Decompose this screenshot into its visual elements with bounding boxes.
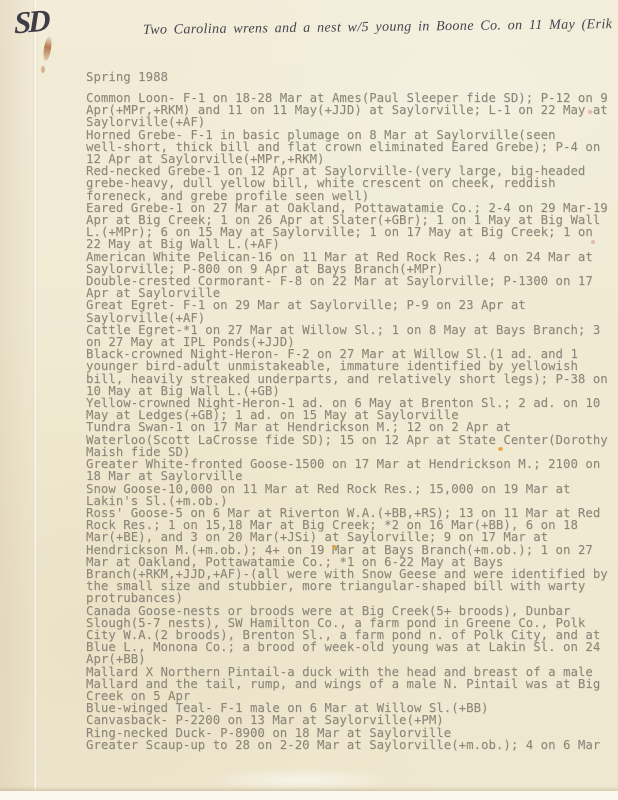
paper-speck <box>591 240 595 244</box>
paper-left-margin-shade <box>0 0 33 800</box>
paper-fold-line <box>33 0 37 800</box>
paper-speck <box>588 110 592 114</box>
ink-stain-dot <box>41 66 45 73</box>
handwritten-initials: SD <box>14 2 48 41</box>
page-bottom-edge <box>0 791 618 800</box>
handwritten-note: Two Carolina wrens and a nest w/5 young … <box>143 17 605 39</box>
bird-report-body: Common Loon- F-1 on 18-28 Mar at Ames(Pa… <box>86 92 608 751</box>
ink-stain <box>42 36 53 62</box>
season-heading: Spring 1988 <box>86 70 168 84</box>
paper-speck <box>498 447 503 451</box>
paper-speck <box>332 545 337 549</box>
scanned-document-page: SD Two Carolina wrens and a nest w/5 you… <box>0 0 618 800</box>
paper-wrinkle-highlight <box>205 768 395 792</box>
